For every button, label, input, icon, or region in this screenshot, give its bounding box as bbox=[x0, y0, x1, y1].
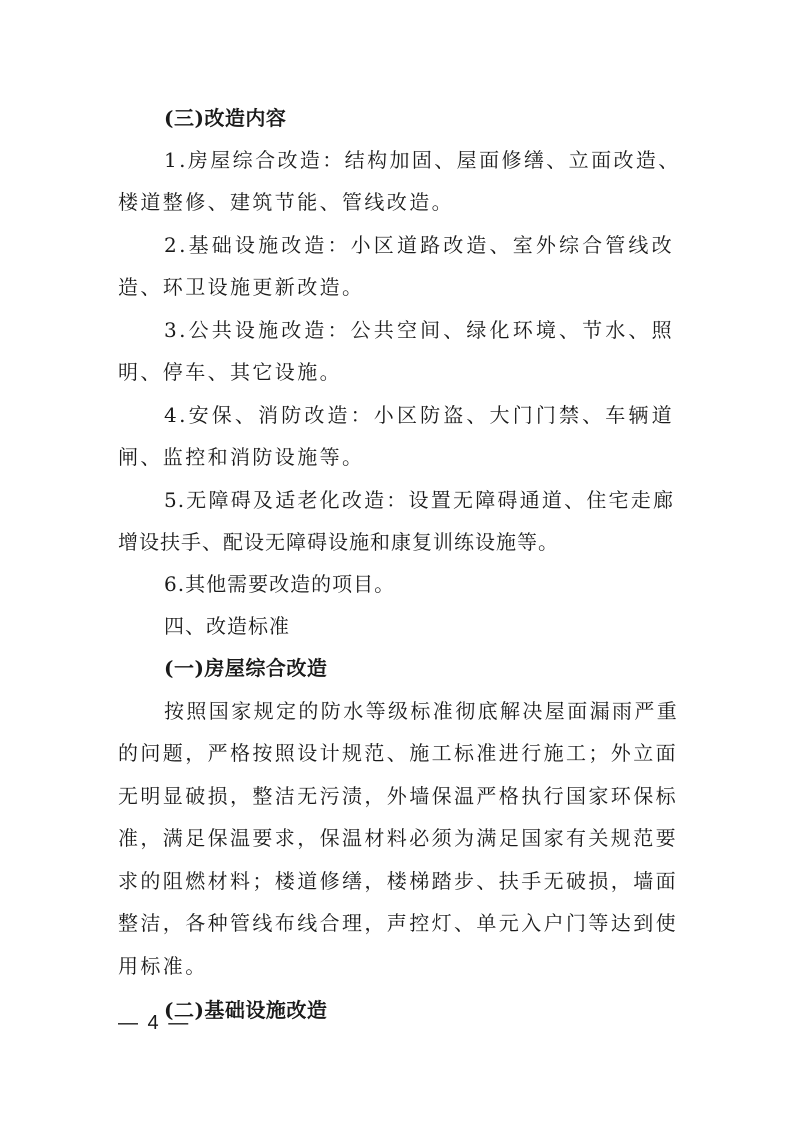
paragraph-line-7: 用标准。 bbox=[118, 952, 208, 980]
list-item-1-line-2: 楼道整修、建筑节能、管线改造。 bbox=[118, 188, 454, 216]
subsection-heading-housing: (一)房屋综合改造 bbox=[164, 654, 327, 682]
list-item-3-line-2: 明、停车、其它设施。 bbox=[118, 358, 342, 386]
list-item-5-line-2: 增设扶手、配设无障碍设施和康复训练设施等。 bbox=[118, 528, 559, 556]
list-item-4-line-1: 4.安保、消防改造：小区防盗、大门门禁、车辆道 bbox=[164, 401, 674, 429]
list-item-5-line-1: 5.无障碍及适老化改造：设置无障碍通道、住宅走廊 bbox=[164, 486, 674, 514]
paragraph-line-1: 按照国家规定的防水等级标准彻底解决屋面漏雨严重 bbox=[164, 697, 674, 725]
paragraph-line-6: 整洁，各种管线布线合理，声控灯、单元入户门等达到使 bbox=[118, 909, 674, 937]
list-item-2-line-1: 2.基础设施改造：小区道路改造、室外综合管线改 bbox=[164, 231, 674, 259]
list-item-4-line-2: 闸、监控和消防设施等。 bbox=[118, 443, 364, 471]
paragraph-line-4: 准，满足保温要求，保温材料必须为满足国家有关规范要 bbox=[118, 824, 674, 852]
list-item-6: 6.其他需要改造的项目。 bbox=[164, 570, 395, 598]
paragraph-line-3: 无明显破损，整洁无污渍，外墙保温严格执行国家环保标 bbox=[118, 782, 674, 810]
list-item-1-line-1: 1.房屋综合改造：结构加固、屋面修缮、立面改造、 bbox=[164, 146, 674, 174]
section-heading-renovation-content: (三)改造内容 bbox=[164, 104, 286, 132]
section-heading-renovation-standards: 四、改造标准 bbox=[164, 612, 290, 640]
page-number: — 4 — bbox=[118, 1012, 190, 1035]
paragraph-line-5: 求的阻燃材料；楼道修缮，楼梯踏步、扶手无破损，墙面 bbox=[118, 867, 674, 895]
list-item-3-line-1: 3.公共设施改造：公共空间、绿化环境、节水、照 bbox=[164, 316, 674, 344]
paragraph-line-2: 的问题，严格按照设计规范、施工标准进行施工；外立面 bbox=[118, 739, 674, 767]
list-item-2-line-2: 造、环卫设施更新改造。 bbox=[118, 273, 364, 301]
